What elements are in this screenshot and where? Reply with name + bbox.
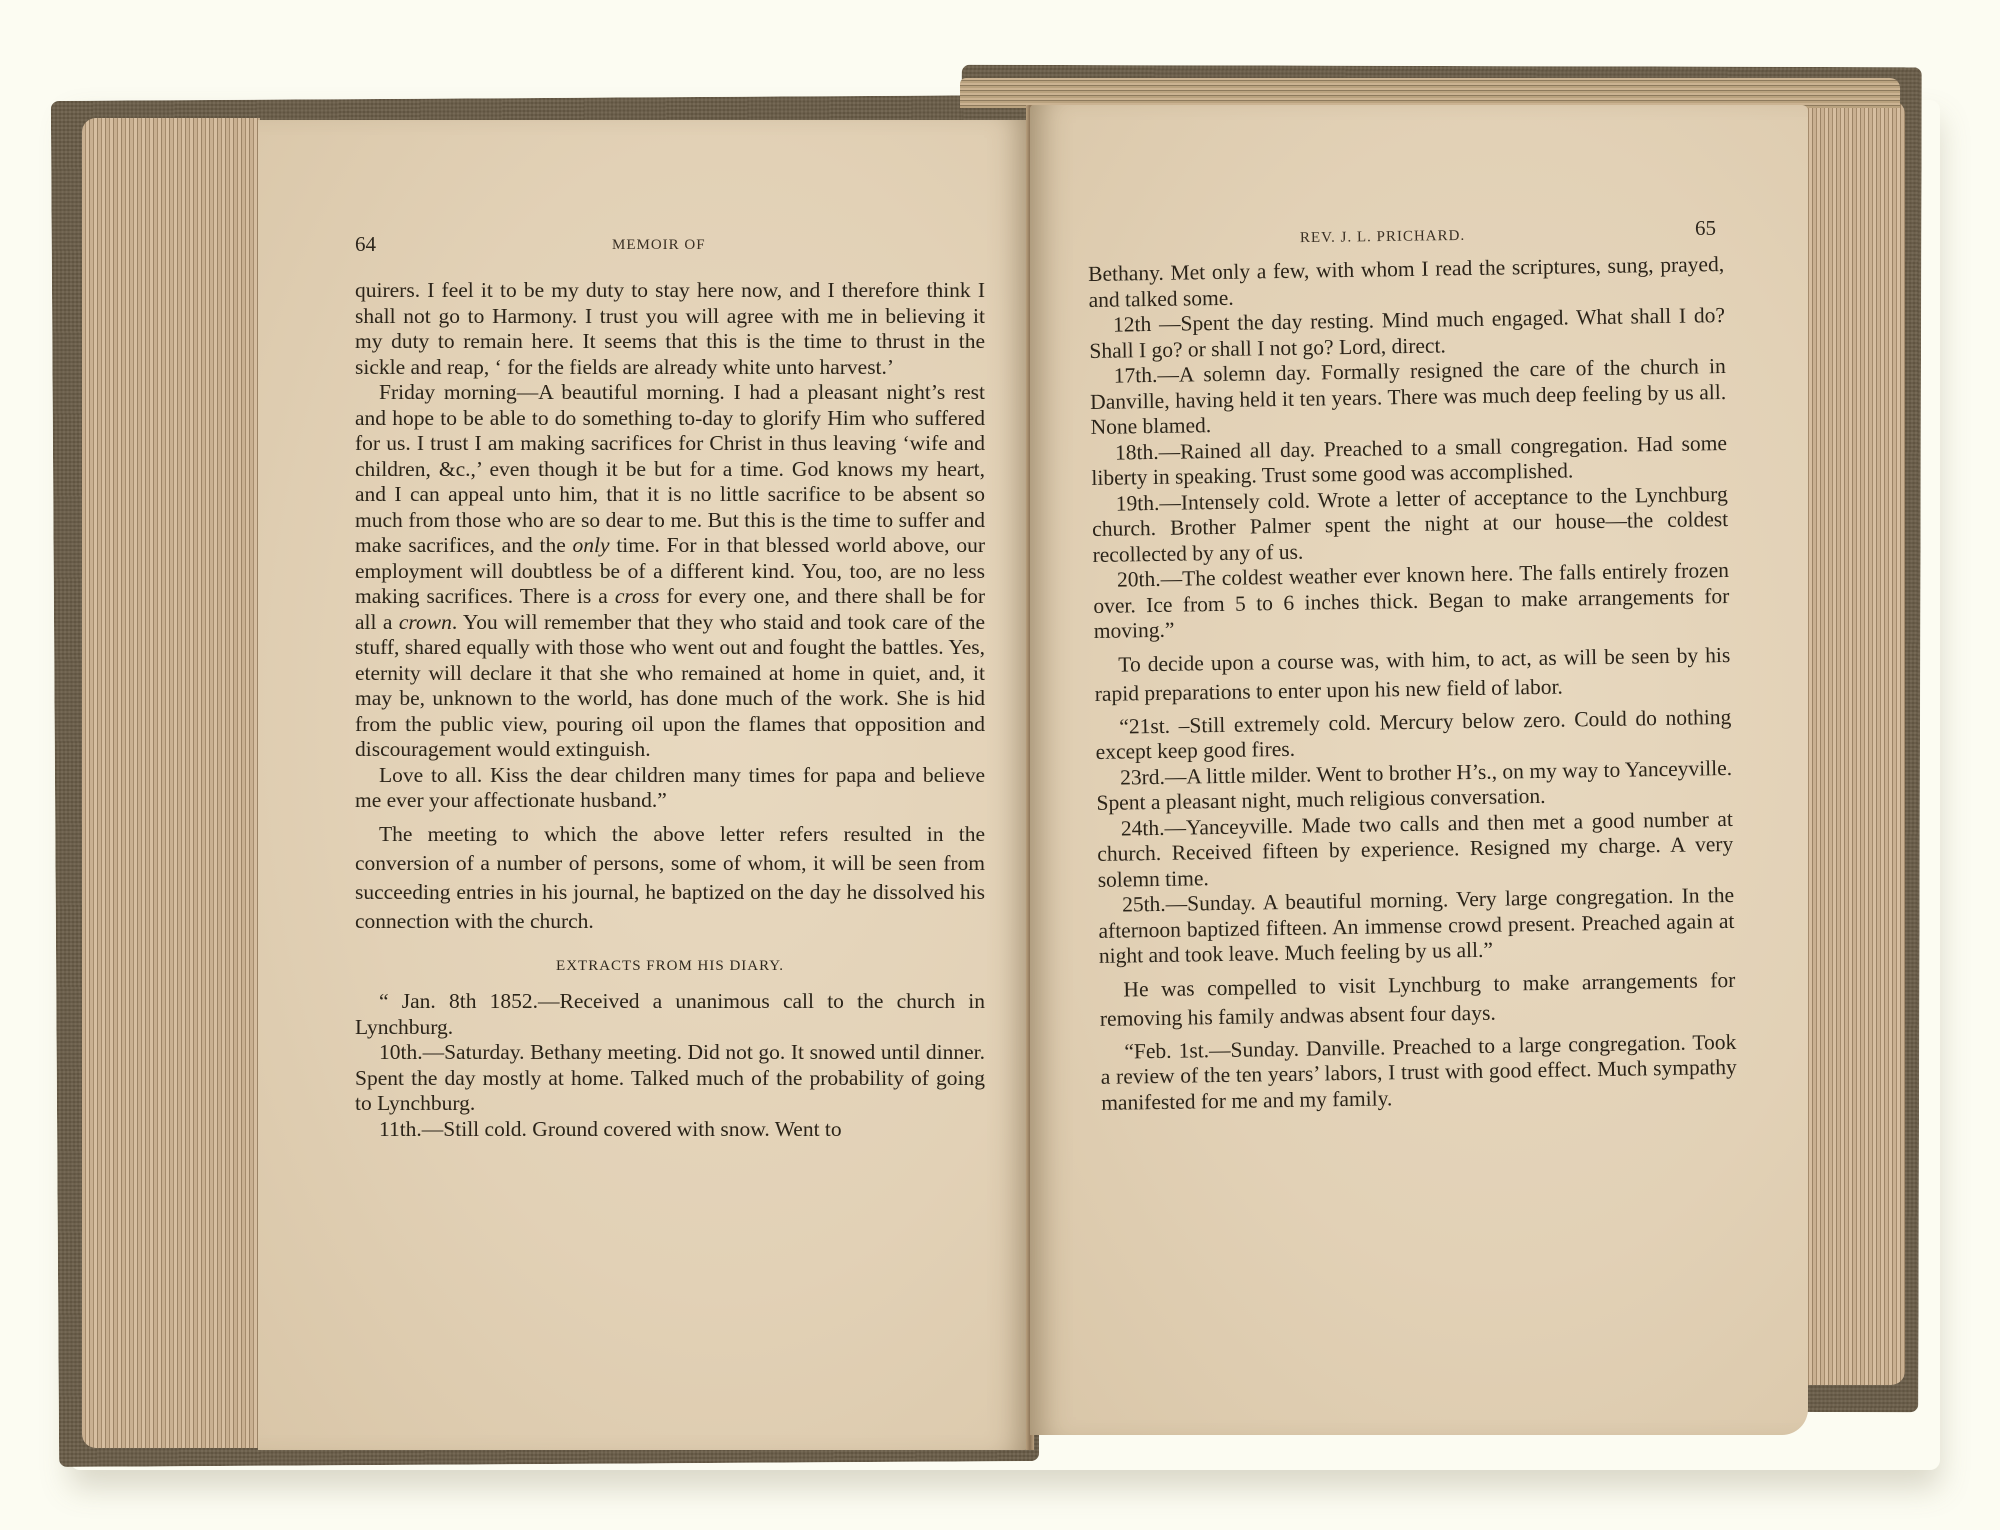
diary-entry: 19th.—Intensely cold. Wrote a letter of … [1092, 481, 1729, 567]
diary-entry: “ Jan. 8th 1852.—Received a unanimous ca… [355, 989, 985, 1040]
paragraph: He was compelled to visit Lynchburg to m… [1099, 965, 1736, 1033]
left-page-body: quirers. I feel it to be my duty to stay… [355, 278, 985, 1142]
right-page-number: 65 [1695, 216, 1716, 241]
diary-entry: 17th.—A solemn day. Formally resigned th… [1090, 354, 1727, 440]
left-running-head: MEMOIR OF [612, 237, 706, 254]
right-page-body: Bethany. Met only a few, with whom I rea… [1088, 252, 1737, 1116]
paragraph: quirers. I feel it to be my duty to stay… [355, 278, 985, 380]
section-heading: EXTRACTS FROM HIS DIARY. [355, 954, 985, 980]
diary-entry: 11th.—Still cold. Ground covered with sn… [355, 1117, 985, 1143]
paragraph: The meeting to which the above letter re… [355, 820, 985, 936]
diary-entry: 10th.—Saturday. Bethany meeting. Did not… [355, 1040, 985, 1117]
diary-entry: 24th.—Yanceyville. Made two calls and th… [1097, 806, 1734, 892]
diary-entry: 25th.—Sunday. A beautiful morning. Very … [1098, 883, 1735, 969]
paragraph: Love to all. Kiss the dear children many… [355, 763, 985, 814]
paragraph: To decide upon a course was, with him, t… [1094, 640, 1731, 708]
paragraph-friday-morning: Friday morning—A beautiful morning. I ha… [355, 380, 985, 763]
page-edges-right [1805, 100, 1905, 1385]
diary-entry: 20th.—The coldest weather ever known her… [1093, 558, 1730, 644]
left-page-number: 64 [355, 232, 376, 257]
page-edges-top-right [960, 78, 1900, 108]
right-running-head: REV. J. L. PRICHARD. [1300, 228, 1465, 247]
page-edges-left [82, 118, 260, 1448]
diary-entry: “Feb. 1st.—Sunday. Danville. Preached to… [1100, 1029, 1737, 1115]
